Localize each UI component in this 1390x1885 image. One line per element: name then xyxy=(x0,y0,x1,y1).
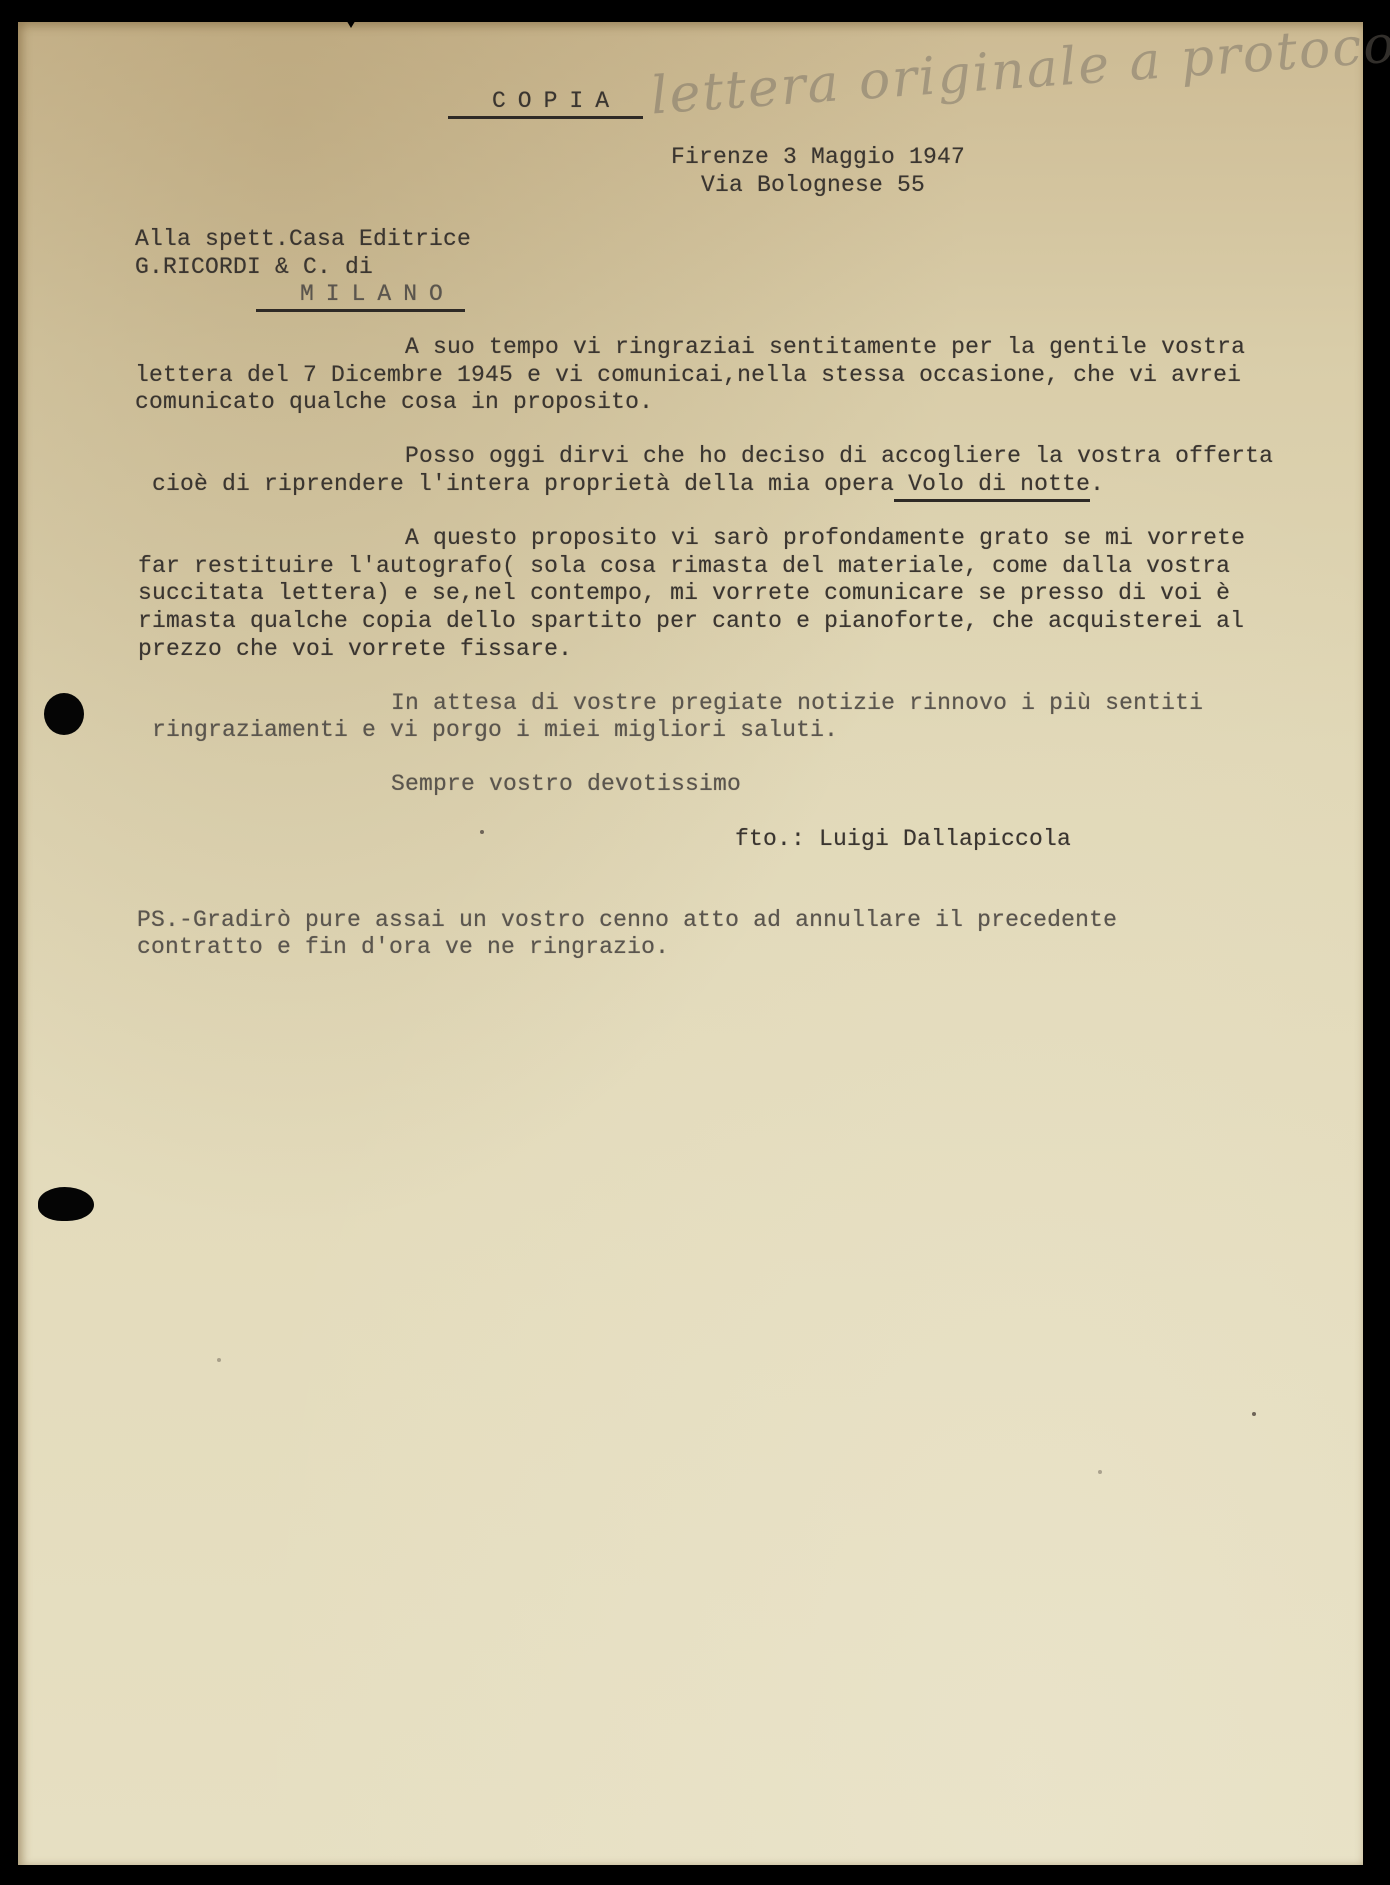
paragraph-1-line-1: A suo tempo vi ringraziai sentitamente p… xyxy=(405,334,1245,360)
paragraph-3-line-1: A questo proposito vi sarò profondamente… xyxy=(405,525,1245,551)
punch-hole-bottom xyxy=(38,1187,94,1221)
paragraph-3-line-3: succitata lettera) e se,nel contempo, mi… xyxy=(138,580,1230,606)
closing-line: Sempre vostro devotissimo xyxy=(391,771,741,797)
paragraph-2-period: . xyxy=(1090,471,1104,497)
date-line: Firenze 3 Maggio 1947 xyxy=(671,144,965,170)
paragraph-1-line-2: lettera del 7 Dicembre 1945 e vi comunic… xyxy=(135,362,1241,388)
signature-line: fto.: Luigi Dallapiccola xyxy=(735,826,1071,852)
punch-hole-top xyxy=(44,693,84,735)
paragraph-3-line-5: prezzo che voi vorrete fissare. xyxy=(138,636,572,662)
copy-heading: COPIA xyxy=(448,88,643,119)
opera-title: Volo di notte xyxy=(894,471,1090,502)
paper-notch xyxy=(345,18,357,28)
recipient-line-2: G.RICORDI & C. di xyxy=(135,254,373,280)
paper-speck xyxy=(1252,1412,1256,1416)
paragraph-2-line-1: Posso oggi dirvi che ho deciso di accogl… xyxy=(405,443,1273,469)
postscript-line-2: contratto e fin d'ora ve ne ringrazio. xyxy=(137,934,669,960)
paragraph-4-line-2: ringraziamenti e vi porgo i miei miglior… xyxy=(152,717,838,743)
paragraph-1-line-3: comunicato qualche cosa in proposito. xyxy=(135,389,653,415)
paper-speck xyxy=(1098,1470,1102,1474)
paragraph-3-line-4: rimasta qualche copia dello spartito per… xyxy=(138,608,1244,634)
paragraph-2-line-2-text: cioè di riprendere l'intera proprietà de… xyxy=(152,471,894,497)
paragraph-2-line-2: cioè di riprendere l'intera proprietà de… xyxy=(152,471,1104,497)
postscript-line-1: PS.-Gradirò pure assai un vostro cenno a… xyxy=(137,907,1117,933)
paper-speck xyxy=(217,1358,221,1362)
address-line: Via Bolognese 55 xyxy=(701,172,925,198)
paper-speck xyxy=(480,830,484,834)
paragraph-4-line-1: In attesa di vostre pregiate notizie rin… xyxy=(391,690,1203,716)
recipient-line-1: Alla spett.Casa Editrice xyxy=(135,226,471,252)
recipient-city: MILANO xyxy=(256,281,465,312)
paragraph-3-line-2: far restituire l'autografo( sola cosa ri… xyxy=(138,553,1230,579)
